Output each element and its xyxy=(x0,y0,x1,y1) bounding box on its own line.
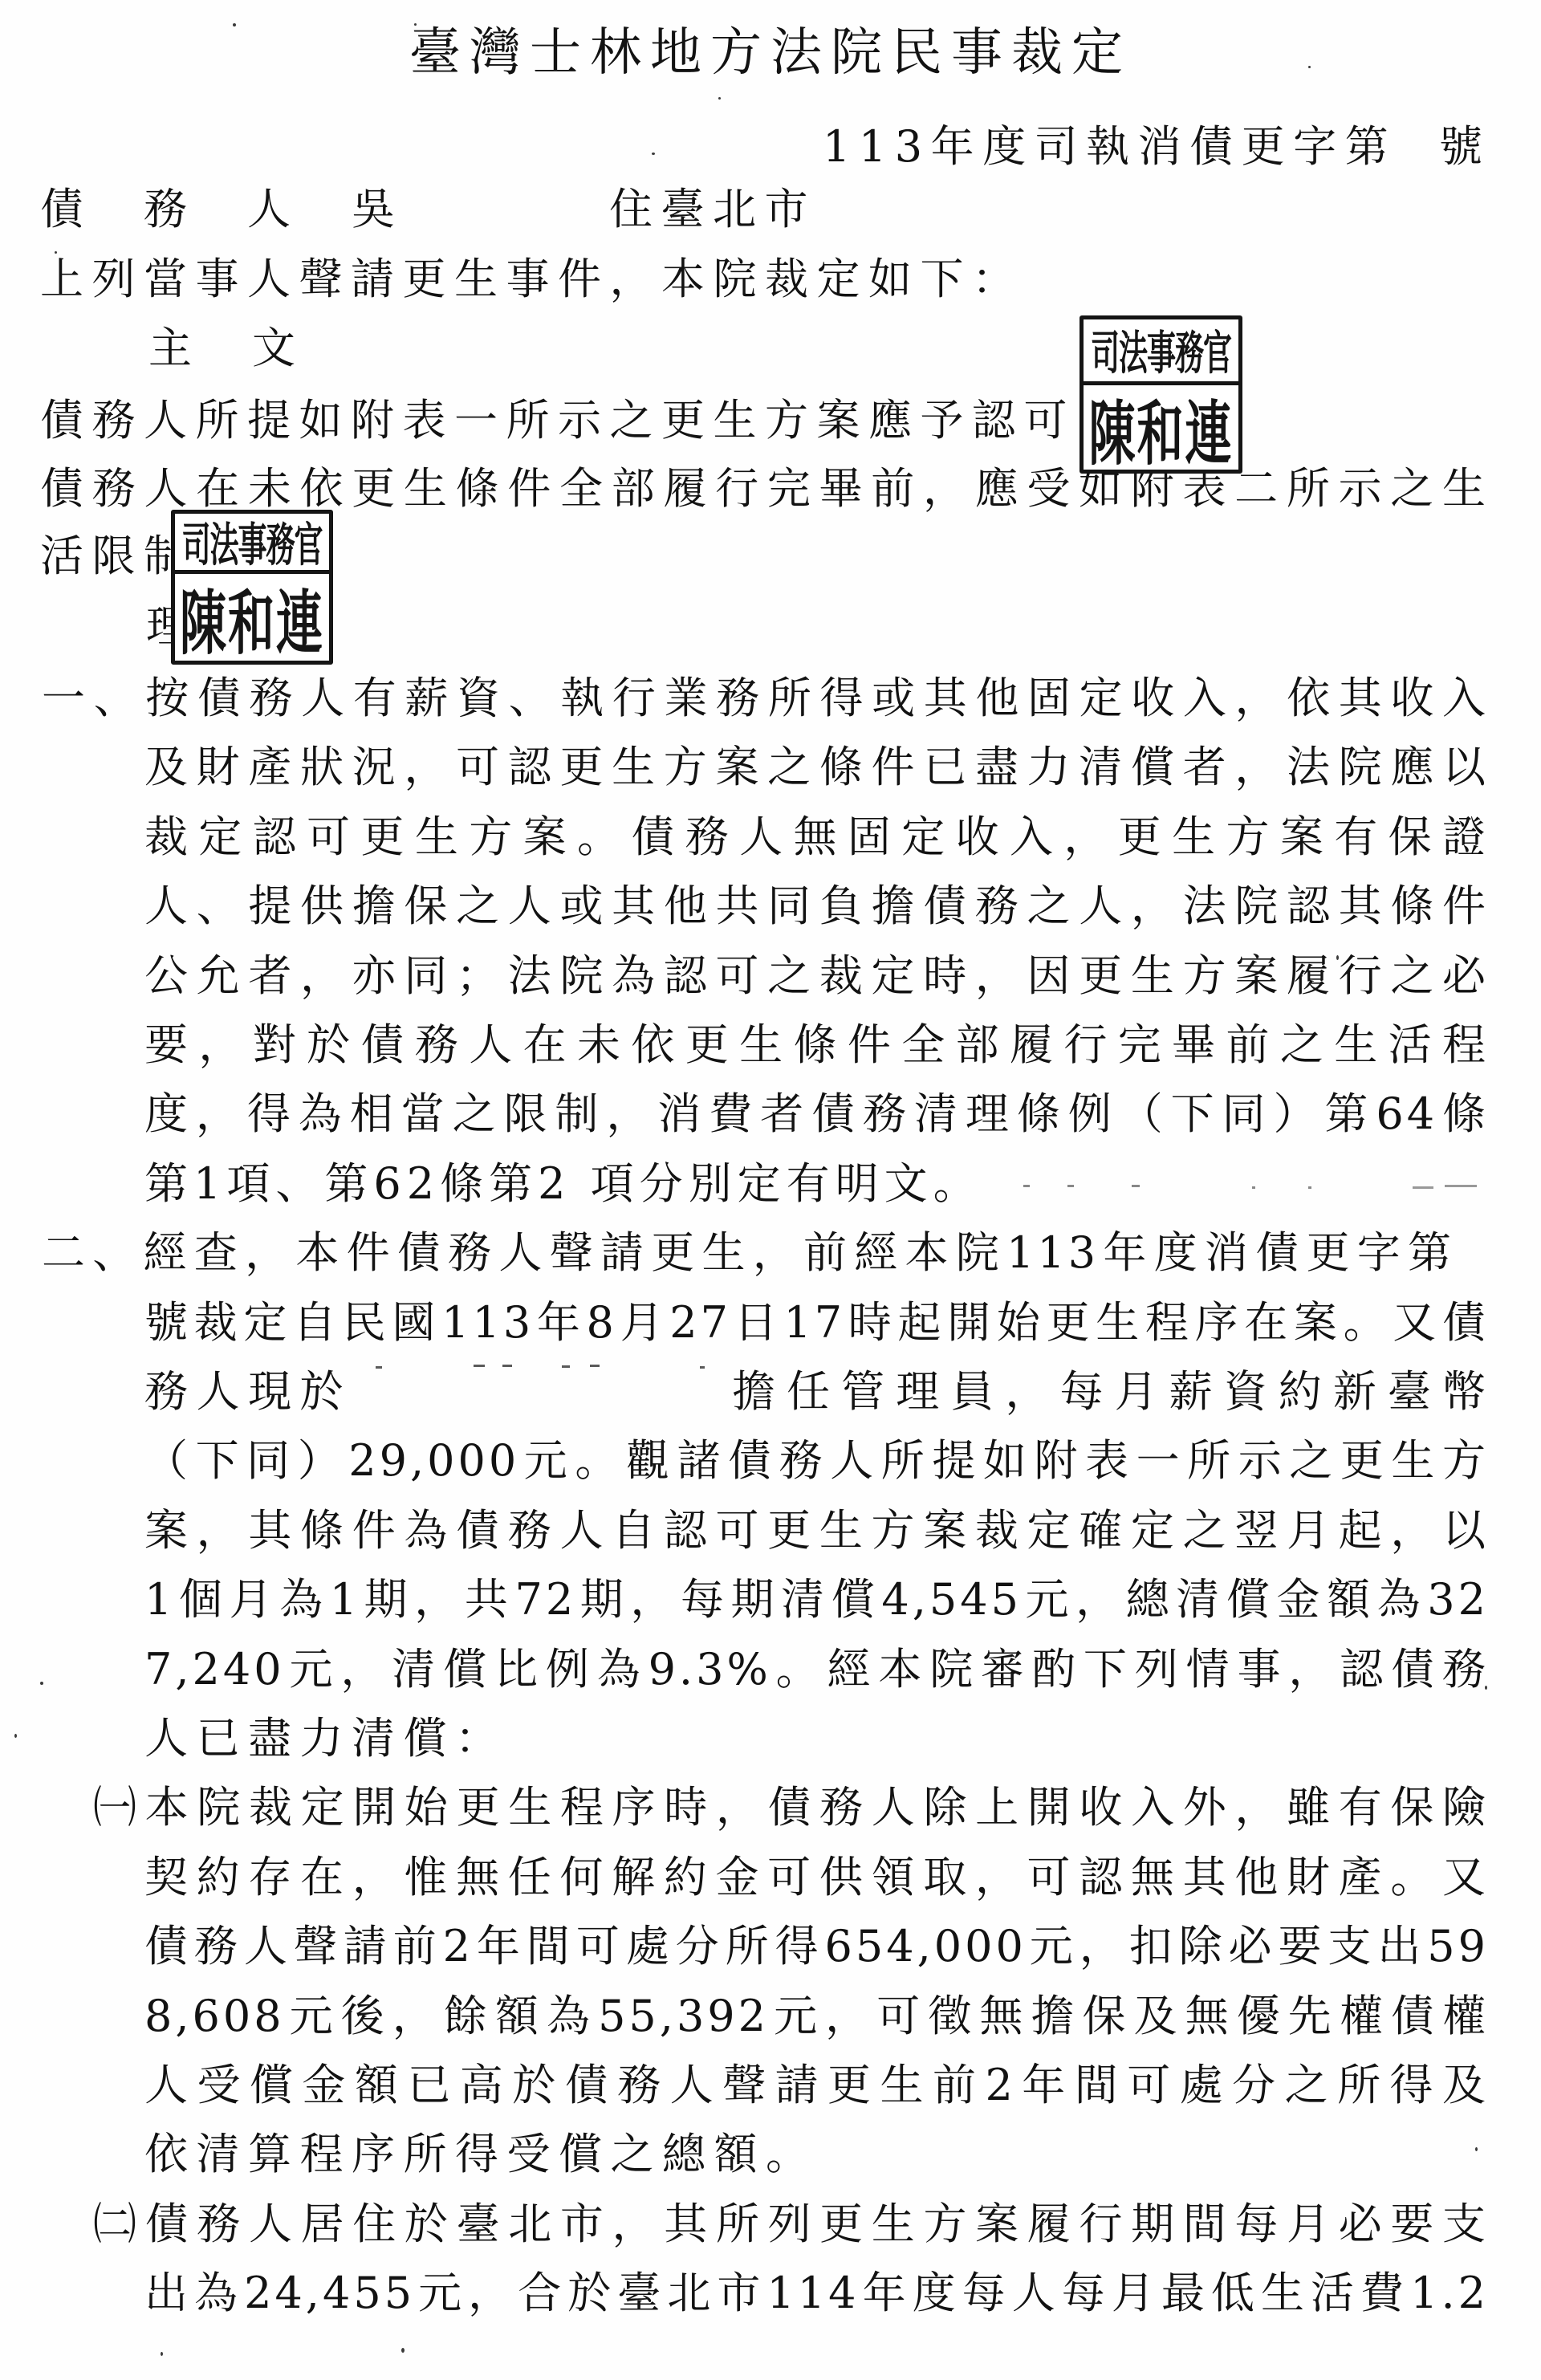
seal-name: 陳和連 xyxy=(175,574,329,661)
redaction-residue xyxy=(474,1365,485,1367)
scan-artifact xyxy=(1308,1186,1311,1189)
court-title: 臺灣士林地方法院民事裁定 xyxy=(0,21,1541,85)
reason-line: 人已盡力清償： xyxy=(144,1704,507,1773)
reason-line-part: 擔任管理員，每月薪資約新臺幣 xyxy=(732,1357,1489,1426)
seal-name-text: 陳和連 xyxy=(180,574,324,661)
reason-line: 依清算程序所得受償之總額。 xyxy=(144,2120,818,2189)
reason-line: 要，對於債務人在未依更生條件全部履行完畢前之生活程 xyxy=(144,1011,1489,1080)
scan-artifact xyxy=(1132,1185,1140,1187)
scan-artifact xyxy=(1023,1185,1030,1187)
redaction-residue xyxy=(502,1365,512,1367)
scan-speck xyxy=(718,97,721,100)
seal-name: 陳和連 xyxy=(1084,385,1238,470)
reason-subitem-line: ㈠本院裁定開始更生程序時，債務人除上開收入外，雖有保險 xyxy=(93,1773,1489,1842)
party-role: 債 務 人 xyxy=(40,175,299,244)
reason-line: 人受償金額已高於債務人聲請更生前2年間可處分之所得及 xyxy=(144,2051,1489,2120)
reason-line: 案，其條件為債務人自認可更生方案裁定確定之翌月起，以 xyxy=(144,1496,1489,1565)
reason-line: 公允者，亦同；法院為認可之裁定時，因更生方案履行之必 xyxy=(144,942,1489,1011)
case-number: 113年度司執消債更字第 xyxy=(823,112,1397,181)
main-heading: 主 文 xyxy=(148,314,304,383)
seal-title: 司法事務官 xyxy=(175,514,329,574)
redaction-residue xyxy=(590,1365,600,1367)
seal-name-text: 陳和連 xyxy=(1088,385,1233,470)
reason-line: 1個月為1期，共72期，每期清償4,545元，總清償金額為32 xyxy=(144,1565,1489,1634)
scan-speck xyxy=(40,1682,43,1685)
case-number-suffix: 號 xyxy=(1439,112,1491,181)
reason-line: 第1項、第62條第2 項分別定有明文。 xyxy=(144,1149,982,1218)
scan-speck xyxy=(14,1734,17,1738)
scan-speck xyxy=(55,251,57,254)
reason-line: 一、按債務人有薪資、執行業務所得或其他固定收入，依其收入 xyxy=(42,664,1489,733)
reason-line: 及財產狀況，可認更生方案之條件已盡力清償者，法院應以 xyxy=(144,733,1489,802)
reason-line: 人、提供擔保之人或其他共同負擔債務之人，法院認其條件 xyxy=(144,872,1489,941)
court-ruling-page: 臺灣士林地方法院民事裁定 113年度司執消債更字第 號 債 務 人 吳 住臺北市… xyxy=(0,0,1541,2380)
reason-line: （下同）29,000元。觀諸債務人所提如附表一所示之更生方 xyxy=(144,1426,1489,1495)
scan-speck xyxy=(1475,2147,1478,2151)
scan-speck xyxy=(233,23,236,26)
scan-speck xyxy=(652,153,655,155)
scan-speck xyxy=(414,23,417,26)
seal-title-text: 司法事務官 xyxy=(1091,319,1231,383)
scan-speck xyxy=(1336,955,1339,960)
scan-speck xyxy=(161,2352,163,2356)
scan-artifact xyxy=(1413,1186,1433,1189)
redaction-residue xyxy=(376,1366,382,1369)
reason-line: 二、經查，本件債務人聲請更生，前經本院113年度消債更字第 xyxy=(42,1218,1454,1288)
reason-line: 契約存在，惟無任何解約金可供領取，可認無其他財產。又 xyxy=(144,1843,1489,1912)
reason-subitem-line: ㈡債務人居住於臺北市，其所列更生方案履行期間每月必要支 xyxy=(93,2190,1489,2259)
scan-artifact xyxy=(1067,1185,1074,1187)
reason-line: 8,608元後，餘額為55,392元，可徵無擔保及無優先權債權 xyxy=(144,1982,1489,2051)
reason-line: 出為24,455元，合於臺北市114年度每人每月最低生活費1.2 xyxy=(144,2259,1489,2328)
redaction-residue xyxy=(562,1365,570,1368)
reason-line-part: 務人現於 xyxy=(144,1357,352,1426)
scan-speck xyxy=(1308,66,1311,68)
party-name: 吳 xyxy=(352,175,404,244)
reason-line: 號裁定自民國113年8月27日17時起開始更生程序在案。又債 xyxy=(144,1288,1489,1357)
official-seal-stamp: 司法事務官 陳和連 xyxy=(171,510,333,665)
reason-line: 度，得為相當之限制，消費者債務清理條例（下同）第64條 xyxy=(144,1080,1489,1149)
reason-line: 裁定認可更生方案。債務人無固定收入，更生方案有保證 xyxy=(144,803,1489,872)
official-seal-stamp: 司法事務官 陳和連 xyxy=(1080,315,1242,474)
redaction-residue xyxy=(700,1366,705,1369)
seal-title: 司法事務官 xyxy=(1084,319,1238,385)
main-line: 債務人所提如附表一所示之更生方案應予認可 xyxy=(40,386,1075,455)
scan-artifact xyxy=(1445,1185,1477,1187)
intro-text: 上列當事人聲請更生事件，本院裁定如下： xyxy=(40,245,1024,314)
scan-speck xyxy=(401,2348,405,2353)
party-address: 住臺北市 xyxy=(609,175,816,244)
scan-artifact xyxy=(1252,1186,1255,1189)
reason-line: 7,240元，清償比例為9.3%。經本院審酌下列情事，認債務 xyxy=(144,1635,1489,1704)
seal-title-text: 司法事務官 xyxy=(181,514,322,574)
scan-speck xyxy=(1485,1686,1487,1690)
reason-line: 債務人聲請前2年間可處分所得654,000元，扣除必要支出59 xyxy=(144,1912,1489,1981)
